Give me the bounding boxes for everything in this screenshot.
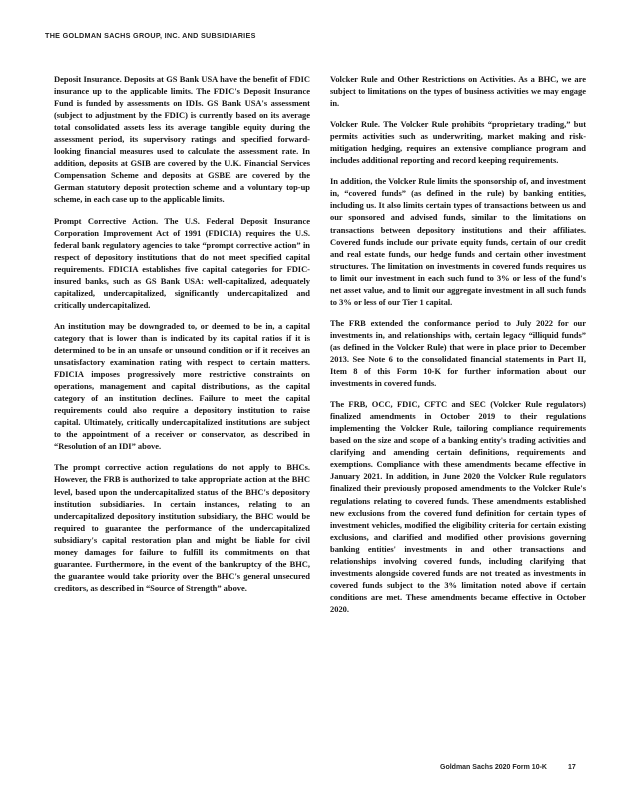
paragraph-lead: Prompt Corrective Action.: [54, 216, 158, 226]
paragraph-conformance-period: The FRB extended the conformance period …: [330, 317, 586, 389]
running-header: THE GOLDMAN SACHS GROUP, INC. AND SUBSID…: [45, 31, 256, 40]
paragraph-body: The FRB, OCC, FDIC, CFTC and SEC (Volcke…: [330, 399, 586, 614]
paragraph-body: An institution may be downgraded to, or …: [54, 321, 310, 451]
paragraph-body: The U.S. Federal Deposit Insurance Corpo…: [54, 216, 310, 310]
paragraph-volcker-intro: Volcker Rule and Other Restrictions on A…: [330, 73, 586, 109]
paragraph-body: Deposits at GS Bank USA have the benefit…: [54, 74, 310, 204]
paragraph-volcker-rule: Volcker Rule. The Volcker Rule prohibits…: [330, 118, 586, 166]
right-column: Volcker Rule and Other Restrictions on A…: [330, 73, 586, 624]
page-number: 17: [568, 764, 576, 771]
footer-publication: Goldman Sachs 2020 Form 10-K: [440, 764, 547, 771]
paragraph-deposit-insurance: Deposit Insurance. Deposits at GS Bank U…: [54, 73, 310, 206]
paragraph-covered-funds: In addition, the Volcker Rule limits the…: [330, 175, 586, 308]
left-column: Deposit Insurance. Deposits at GS Bank U…: [54, 73, 310, 603]
paragraph-bhc-regulations: The prompt corrective action regulations…: [54, 461, 310, 594]
paragraph-prompt-corrective-action: Prompt Corrective Action. The U.S. Feder…: [54, 215, 310, 311]
paragraph-volcker-amendments: The FRB, OCC, FDIC, CFTC and SEC (Volcke…: [330, 398, 586, 615]
paragraph-lead: Volcker Rule.: [330, 119, 380, 129]
paragraph-lead: Deposit Insurance.: [54, 74, 122, 84]
page-footer: Goldman Sachs 2020 Form 10-K 17: [440, 764, 547, 771]
paragraph-body: In addition, the Volcker Rule limits the…: [330, 176, 586, 306]
paragraph-body: The FRB extended the conformance period …: [330, 318, 586, 388]
paragraph-body: Volcker Rule and Other Restrictions on A…: [330, 74, 586, 108]
paragraph-body: The prompt corrective action regulations…: [54, 462, 310, 592]
paragraph-capital-category: An institution may be downgraded to, or …: [54, 320, 310, 453]
